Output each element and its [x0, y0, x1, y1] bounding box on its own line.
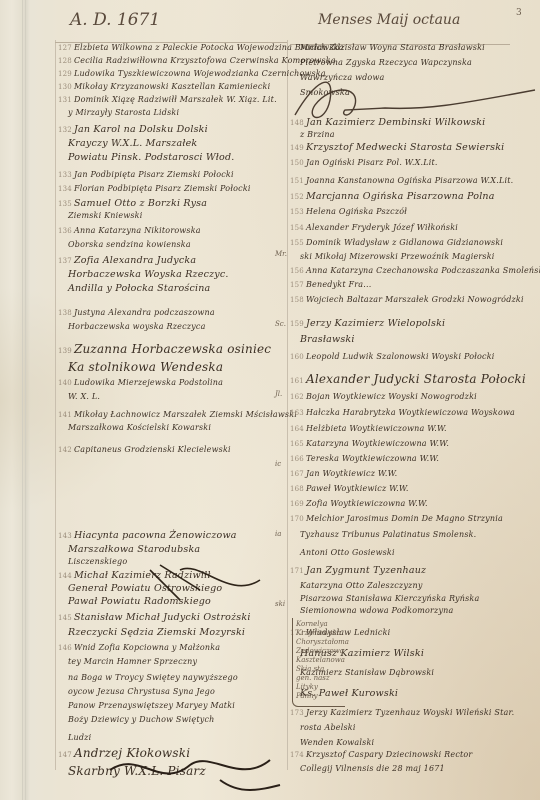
entry-text: z Brzina — [300, 130, 335, 139]
register-entry: rosta Abelski — [300, 723, 356, 732]
register-entry: 145Stanisław Michał Judycki Ostrożski — [58, 612, 251, 623]
entry-text: Wnid Zofia Kopciowna y Małżonka — [74, 643, 220, 652]
entry-text: ski Mikołaj Mizerowski Przewoźnik Magier… — [300, 252, 495, 261]
register-entry: Pawał Powiatu Radomskiego — [68, 596, 211, 607]
register-entry: 152Marcjanna Ogińska Pisarzowna Polna — [290, 191, 495, 202]
register-entry: 142Capitaneus Grodzienski Klecielewski — [58, 445, 231, 454]
entry-number: 157 — [290, 281, 304, 289]
register-entry: Horbaczewska Woyska Rzeczyc. — [68, 269, 229, 280]
entry-number: 169 — [290, 500, 304, 508]
entry-text: Collegij Vilnensis die 28 maj 1671 — [300, 764, 445, 773]
entry-text: Panow Przenayswiętszey Maryey Matki — [68, 701, 235, 710]
margin-fragment: ic — [275, 460, 281, 469]
register-entry: 133Jan Podbipięta Pisarz Ziemski Połocki — [58, 170, 234, 179]
entry-number: 148 — [290, 119, 304, 127]
entry-text: Samuel Otto z Borzki Rysa — [74, 198, 207, 209]
entry-text: Zofia Woytkiewiczowna W.W. — [306, 499, 428, 508]
entry-text: Leopold Ludwik Szalonowski Woyski Połock… — [306, 352, 495, 361]
entry-number: 132 — [58, 126, 72, 134]
entry-number: 150 — [290, 159, 304, 167]
entry-text: Mnich Zdzisław Woyna Starosta Brasławski — [300, 43, 485, 52]
box-note-line: gen. nasz — [296, 674, 349, 683]
register-entry: 168Paweł Woytkiewicz W.W. — [290, 484, 409, 493]
entry-number: 141 — [58, 411, 72, 419]
entry-text: Katarzyna Otto Zaleszczyzny — [300, 581, 423, 590]
box-note-line: Choryształoma — [296, 638, 349, 647]
entry-text: Jan Karol na Dolsku Dolski — [74, 124, 208, 135]
entry-text: Antoni Otto Gosiewski — [300, 548, 395, 557]
register-entry: 158Wojciech Baltazar Marszałek Grodzki N… — [290, 295, 524, 304]
entry-text: Dominik Władysław z Gidlanowa Gidzianows… — [306, 238, 503, 247]
entry-text: Hałczka Harabrytzka Woytkiewiczowa Woysk… — [306, 408, 515, 417]
entry-text: Helżbieta Woytkiewiczowna W.W. — [306, 424, 447, 433]
entry-text: Jerzy Kazimierz Tyzenhauz Woyski Wileńsk… — [306, 708, 514, 717]
entry-text: Melchior Jarosimus Domin De Magno Strzyn… — [306, 514, 503, 523]
right-heading-date: Menses Maij octaua — [318, 12, 460, 28]
register-entry: 160Leopold Ludwik Szalonowski Woyski Poł… — [290, 352, 495, 361]
entry-number: 163 — [290, 409, 304, 417]
register-entry: Generał Powiatu Ostrowskiego — [68, 583, 222, 594]
entry-number: 139 — [58, 347, 72, 355]
box-note-line: Krzyniewska — [296, 629, 349, 638]
register-entry: 149Krzysztof Medwecki Starosta Sewierski — [290, 142, 504, 153]
register-entry: Pisarzowa Stanisława Kierczyńska Ryńska — [300, 594, 479, 603]
register-entry: 163Hałczka Harabrytzka Woytkiewiczowa Wo… — [290, 408, 515, 417]
entry-text: Andilla y Połocka Starościna — [68, 283, 210, 294]
entry-text: na Boga w Troycy Swiętey naywyższego — [68, 673, 238, 682]
entry-number: 147 — [58, 751, 72, 759]
entry-number: 140 — [58, 379, 72, 387]
register-entry: Lisczenskiego — [68, 557, 127, 566]
register-entry: Ziemski Kniewski — [68, 211, 142, 220]
register-entry: 132Jan Karol na Dolsku Dolski — [58, 124, 208, 135]
register-entry: Wenden Kowalski — [300, 738, 374, 747]
register-entry: 147Andrzej Kłokowski — [58, 746, 190, 760]
register-entry: 143Hiacynta pacowna Żenowiczowa — [58, 530, 237, 541]
entry-number: 130 — [58, 83, 72, 91]
register-entry: Siemionowna wdowa Podkomorzyna — [300, 606, 454, 615]
entry-text: Justyna Alexandra podczaszowna — [74, 308, 215, 317]
register-entry: 137Zofia Alexandra Judycka — [58, 255, 196, 266]
entry-text: Katarzyna Woytkiewiczowna W.W. — [306, 439, 449, 448]
binding-gutter-line — [25, 0, 26, 800]
register-entry: 139Zuzanna Horbaczewska osiniec — [58, 342, 271, 356]
entry-number: 133 — [58, 171, 72, 179]
entry-number: 160 — [290, 353, 304, 361]
entry-number: 151 — [290, 177, 304, 185]
register-entry: Katarzyna Otto Zaleszczyzny — [300, 581, 423, 590]
entry-text: Benedykt Fra... — [306, 280, 372, 289]
entry-number: 129 — [58, 70, 72, 78]
box-note-line: Panny — [296, 692, 349, 701]
register-entry: y Mirzayły Starosta Lidski — [68, 108, 179, 117]
entry-text: Boży Dziewicy y Duchow Swiętych — [68, 715, 215, 724]
register-entry: 161Alexander Judycki Starosta Połocki — [290, 372, 526, 386]
entry-text: Oborska sendzina kowienska — [68, 240, 191, 249]
entry-number: 174 — [290, 751, 304, 759]
entry-text: Powiatu Pinsk. Podstarosci Włod. — [68, 152, 234, 163]
entry-text: Jerzy Kazimierz Wielopolski — [306, 318, 445, 329]
entry-text: Capitaneus Grodzienski Klecielewski — [74, 445, 231, 454]
register-entry: Marszałkowa Starodubska — [68, 544, 200, 555]
register-entry: 131Dominik Xiązę Radziwiłł Marszałek W. … — [58, 95, 277, 104]
entry-text: Jan Podbipięta Pisarz Ziemski Połocki — [74, 170, 234, 179]
entry-number: 154 — [290, 224, 304, 232]
register-entry: Collegij Vilnensis die 28 maj 1671 — [300, 764, 445, 773]
entry-number: 159 — [290, 320, 304, 328]
entry-number: 143 — [58, 532, 72, 540]
register-entry: 130Mikołay Krzyzanowski Kasztellan Kamie… — [58, 82, 270, 91]
register-entry: 140Ludowika Mierzejewska Podstolina — [58, 378, 223, 387]
entry-number: 137 — [58, 257, 72, 265]
entry-text: Paweł Woytkiewicz W.W. — [306, 484, 409, 493]
entry-text: Hiacynta pacowna Żenowiczowa — [74, 530, 237, 541]
entry-text: y Mirzayły Starosta Lidski — [68, 108, 179, 117]
register-entry: Ludzi — [68, 733, 91, 742]
entry-text: Skarbny W.X.L. Pisarz — [68, 764, 206, 778]
entry-number: 171 — [290, 567, 304, 575]
boxed-margin-note: KornelyaKrzyniewskaChoryształomaZedowicz… — [292, 618, 345, 707]
entry-text: rosta Abelski — [300, 723, 356, 732]
entry-text: Krzysztof Caspary Dziecinowski Rector — [306, 750, 473, 759]
entry-text: Jan Zygmunt Tyzenhauz — [306, 565, 426, 576]
register-entry: Horbaczewska woyska Rzeczyca — [68, 322, 206, 331]
page-number: 3 — [516, 8, 522, 18]
entry-text: Smokowska — [300, 88, 350, 97]
box-note-line: Kasztelanowa — [296, 656, 349, 665]
entry-text: Marszałkowa Kościelski Kowarski — [68, 423, 211, 432]
entry-number: 149 — [290, 144, 304, 152]
entry-text: Brasławski — [300, 334, 355, 345]
entry-number: 156 — [290, 267, 304, 275]
entry-text: Wojciech Baltazar Marszałek Grodzki Nowo… — [306, 295, 524, 304]
entry-number: 153 — [290, 208, 304, 216]
register-entry: oycow Jezusa Chrystusa Syna Jego — [68, 687, 215, 696]
register-entry: Rzeczycki Sędzia Ziemski Mozyrski — [68, 627, 245, 638]
entry-number: 173 — [290, 709, 304, 717]
register-entry: tey Marcin Hamner Sprzeczny — [68, 657, 197, 666]
entry-number: 138 — [58, 309, 72, 317]
entry-text: Ka stolnikowa Wendeska — [68, 360, 223, 374]
register-entry: 128Cecilia Radziwiłłowna Krzysztofowa Cz… — [58, 56, 336, 65]
register-entry: Boży Dziewicy y Duchow Swiętych — [68, 715, 215, 724]
entry-text: Jan Woytkiewicz W.W. — [306, 469, 397, 478]
entry-text: Anna Katarzyna Nikitorowska — [74, 226, 201, 235]
entry-text: Joanna Kanstanowna Ogińska Pisarzowa W.X… — [306, 176, 513, 185]
register-entry: 134Florian Podbipięta Pisarz Ziemski Poł… — [58, 184, 251, 193]
left-margin-rule — [55, 40, 56, 770]
entry-text: Stanisław Michał Judycki Ostrożski — [74, 612, 251, 623]
box-note-line: Kornelya — [296, 620, 349, 629]
register-entry: 146Wnid Zofia Kopciowna y Małżonka — [58, 643, 220, 652]
entry-text: Wawrzyńcza wdowa — [300, 73, 384, 82]
register-entry: Wawrzyńcza wdowa — [300, 73, 384, 82]
entry-number: 155 — [290, 239, 304, 247]
entry-text: Marszałkowa Starodubska — [68, 544, 200, 555]
register-entry: W. X. L. — [68, 392, 100, 401]
entry-text: Krzysztof Medwecki Starosta Sewierski — [306, 142, 504, 153]
register-entry: 151Joanna Kanstanowna Ogińska Pisarzowa … — [290, 176, 513, 185]
entry-text: Michał Kazimierz Radziwiłł — [74, 570, 211, 581]
register-entry: Krayczy W.X.L. Marszałek — [68, 138, 197, 149]
register-entry: Powiatu Pinsk. Podstarosci Włod. — [68, 152, 234, 163]
register-entry: Andilla y Połocka Starościna — [68, 283, 210, 294]
entry-text: Anna Katarzyna Czechanowska Podczaszanka… — [306, 266, 540, 275]
entry-text: W. X. L. — [68, 392, 100, 401]
entry-number: 165 — [290, 440, 304, 448]
register-entry: 148Jan Kazimierz Dembinski Wilkowski — [290, 117, 485, 128]
entry-text: Helena Ogińska Pszczół — [306, 207, 407, 216]
entry-number: 136 — [58, 227, 72, 235]
entry-text: Horbaczewska woyska Rzeczyca — [68, 322, 206, 331]
entry-number: 170 — [290, 515, 304, 523]
register-entry: 165Katarzyna Woytkiewiczowna W.W. — [290, 439, 449, 448]
box-note-line: Lityky — [296, 683, 349, 692]
entry-text: Lisczenskiego — [68, 557, 127, 566]
entry-number: 152 — [290, 193, 304, 201]
entry-text: Florian Podbipięta Pisarz Ziemski Połock… — [74, 184, 251, 193]
entry-text: Wenden Kowalski — [300, 738, 374, 747]
register-entry: 150Jan Ogiński Pisarz Pol. W.X.Lit. — [290, 158, 438, 167]
entry-text: Ludzi — [68, 733, 91, 742]
entry-number: 166 — [290, 455, 304, 463]
register-entry: Smokowska — [300, 88, 350, 97]
register-entry: 173Jerzy Kazimierz Tyzenhauz Woyski Wile… — [290, 708, 514, 717]
entry-number: 144 — [58, 572, 72, 580]
register-entry: 174Krzysztof Caspary Dziecinowski Rector — [290, 750, 472, 759]
register-entry: 129Ludowika Tyszkiewiczowna Wojewodziank… — [58, 69, 326, 78]
register-entry: 144Michał Kazimierz Radziwiłł — [58, 570, 211, 581]
register-entry: 135Samuel Otto z Borzki Rysa — [58, 198, 207, 209]
register-entry: 169Zofia Woytkiewiczowna W.W. — [290, 499, 428, 508]
entry-number: 161 — [290, 377, 304, 385]
entry-text: Rzeczycki Sędzia Ziemski Mozyrski — [68, 627, 245, 638]
register-entry: 159Jerzy Kazimierz Wielopolski — [290, 318, 445, 329]
register-entry: 170Melchior Jarosimus Domin De Magno Str… — [290, 514, 503, 523]
entry-number: 145 — [58, 614, 72, 622]
entry-text: Mikołay Łachnowicz Marszałek Ziemski Mśc… — [74, 410, 297, 419]
entry-number: 135 — [58, 200, 72, 208]
register-entry: Panow Przenayswiętszey Maryey Matki — [68, 701, 235, 710]
entry-text: Jan Kazimierz Dembinski Wilkowski — [306, 117, 485, 128]
entry-text: Dominik Xiązę Radziwiłł Marszałek W. Xią… — [74, 95, 277, 104]
entry-text: Mikołay Krzyzanowski Kasztellan Kamienie… — [74, 82, 270, 91]
register-entry: Oborska sendzina kowienska — [68, 240, 191, 249]
entry-number: 128 — [58, 57, 72, 65]
entry-text: Ludowika Tyszkiewiczowna Wojewodzianka C… — [74, 69, 326, 78]
entry-text: Andrzej Kłokowski — [74, 746, 190, 760]
entry-number: 146 — [58, 644, 72, 652]
entry-text: Pisarzowa Stanisława Kierczyńska Ryńska — [300, 594, 479, 603]
register-entry: 156Anna Katarzyna Czechanowska Podczasza… — [290, 266, 540, 275]
entry-number: 168 — [290, 485, 304, 493]
entry-text: Pietrowna Zgyska Rzeczyca Wapczynska — [300, 58, 472, 67]
register-entry: ski Mikołaj Mizerowski Przewoźnik Magier… — [300, 252, 495, 261]
register-entry: Marszałkowa Kościelski Kowarski — [68, 423, 211, 432]
entry-text: Jan Ogiński Pisarz Pol. W.X.Lit. — [306, 158, 438, 167]
entry-text: Zofia Alexandra Judycka — [74, 255, 196, 266]
entry-text: Bojan Woytkiewicz Woyski Nowogrodzki — [306, 392, 477, 401]
entry-number: 162 — [290, 393, 304, 401]
entry-text: Cecilia Radziwiłłowna Krzysztofowa Czerw… — [74, 56, 336, 65]
entry-text: Alexander Fryderyk Józef Wiłkoński — [306, 223, 458, 232]
margin-fragment: Jl. — [275, 390, 282, 399]
box-note-line: Zedowiczowa — [296, 647, 349, 656]
entry-text: Generał Powiatu Ostrowskiego — [68, 583, 222, 594]
register-entry: 171Jan Zygmunt Tyzenhauz — [290, 565, 426, 576]
register-entry: 153Helena Ogińska Pszczół — [290, 207, 407, 216]
register-entry: 155Dominik Władysław z Gidlanowa Gidzian… — [290, 238, 503, 247]
register-entry: 138Justyna Alexandra podczaszowna — [58, 308, 215, 317]
register-entry: Skarbny W.X.L. Pisarz — [68, 764, 206, 778]
entry-text: Horbaczewska Woyska Rzeczyc. — [68, 269, 229, 280]
margin-fragment: Sc. — [275, 320, 286, 329]
entry-number: 134 — [58, 185, 72, 193]
entry-number: 127 — [58, 44, 72, 52]
register-entry: Antoni Otto Gosiewski — [300, 548, 395, 557]
entry-text: Tereska Woytkiewiczowna W.W. — [306, 454, 439, 463]
register-entry: Mnich Zdzisław Woyna Starosta Brasławski — [300, 43, 485, 52]
left-heading-year: A. D. 1671 — [70, 10, 160, 30]
register-entry: 164Helżbieta Woytkiewiczowna W.W. — [290, 424, 447, 433]
entry-number: 164 — [290, 425, 304, 433]
entry-text: Ludowika Mierzejewska Podstolina — [74, 378, 223, 387]
register-entry: Brasławski — [300, 334, 355, 345]
entry-text: tey Marcin Hamner Sprzeczny — [68, 657, 197, 666]
entry-text: Krayczy W.X.L. Marszałek — [68, 138, 197, 149]
margin-fragment: Mr. — [275, 250, 287, 259]
entry-text: Alexander Judycki Starosta Połocki — [306, 372, 526, 386]
entry-text: Zuzanna Horbaczewska osiniec — [74, 342, 271, 356]
entry-text: Pawał Powiatu Radomskiego — [68, 596, 211, 607]
register-entry: 162Bojan Woytkiewicz Woyski Nowogrodzki — [290, 392, 477, 401]
register-entry: 166Tereska Woytkiewiczowna W.W. — [290, 454, 439, 463]
entry-text: Marcjanna Ogińska Pisarzowna Polna — [306, 191, 495, 202]
register-entry: z Brzina — [300, 130, 335, 139]
entry-text: Tyzhausz Tribunus Palatinatus Smolensk. — [300, 530, 476, 539]
register-entry: 157Benedykt Fra... — [290, 280, 372, 289]
register-entry: 167Jan Woytkiewicz W.W. — [290, 469, 397, 478]
box-note-line: Skia sta — [296, 665, 349, 674]
register-entry: 136Anna Katarzyna Nikitorowska — [58, 226, 201, 235]
register-entry: Pietrowna Zgyska Rzeczyca Wapczynska — [300, 58, 472, 67]
entry-number: 167 — [290, 470, 304, 478]
entry-number: 142 — [58, 446, 72, 454]
entry-text: Siemionowna wdowa Podkomorzyna — [300, 606, 454, 615]
register-entry: 154Alexander Fryderyk Józef Wiłkoński — [290, 223, 458, 232]
binding-gutter-line — [22, 0, 23, 800]
entry-number: 131 — [58, 96, 72, 104]
register-entry: na Boga w Troycy Swiętey naywyższego — [68, 673, 238, 682]
register-entry: Tyzhausz Tribunus Palatinatus Smolensk. — [300, 530, 476, 539]
entry-text: Ziemski Kniewski — [68, 211, 142, 220]
margin-fragment: ia — [275, 530, 281, 539]
column-divider — [287, 40, 288, 770]
entry-number: 158 — [290, 296, 304, 304]
entry-text: oycow Jezusa Chrystusa Syna Jego — [68, 687, 215, 696]
margin-fragment: ski — [275, 600, 285, 609]
register-entry: Ka stolnikowa Wendeska — [68, 360, 223, 374]
register-entry: 141Mikołay Łachnowicz Marszałek Ziemski … — [58, 410, 297, 419]
